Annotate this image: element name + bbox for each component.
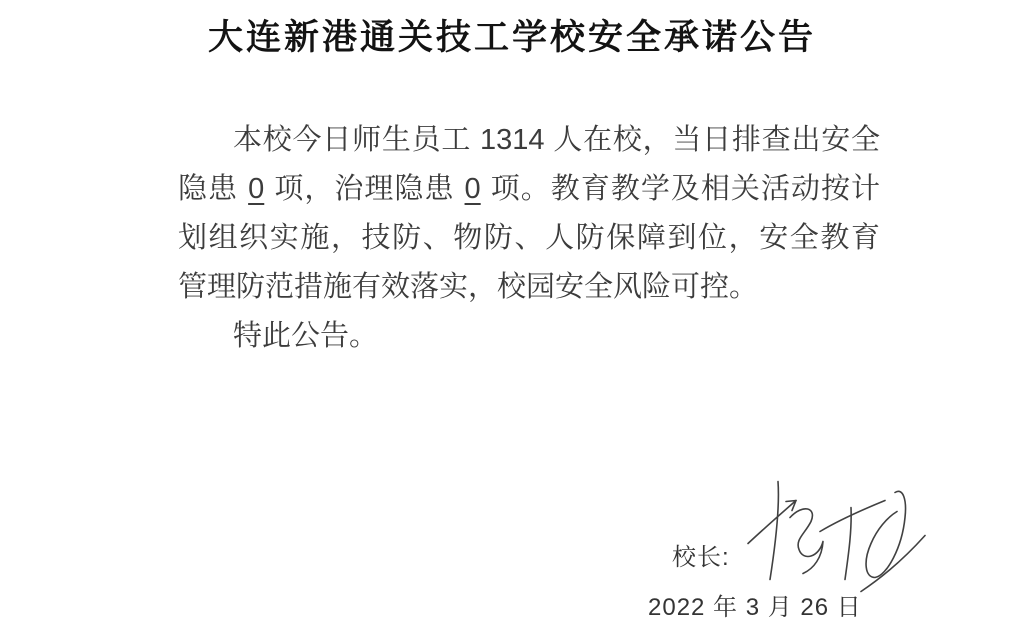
body-line-2-seg2: 项，治理隐患 [265,173,463,205]
page-title: 大连新港通关技工学校安全承诺公告 [0,10,1024,60]
body-line-2-seg1: 隐患 [178,173,247,205]
date-line: 2022 年 3 月 26 日 [648,587,862,622]
hazards-resolved-count: 0 [464,173,482,205]
announcement-body: 本校今日师生员工 1314 人在校，当日排查出安全 隐患 0 项，治理隐患 0 … [178,116,880,361]
hazards-found-count: 0 [247,173,265,205]
body-line-1: 本校今日师生员工 1314 人在校，当日排查出安全 [178,116,880,165]
body-line-3: 划组织实施，技防、物防、人防保障到位，安全教育 [178,214,880,263]
principal-label: 校长: [672,537,730,572]
announcement-document: 大连新港通关技工学校安全承诺公告 本校今日师生员工 1314 人在校，当日排查出… [0,0,1024,642]
body-line-2-seg3: 项。教育教学及相关活动按计 [482,173,880,205]
body-line-2: 隐患 0 项，治理隐患 0 项。教育教学及相关活动按计 [178,165,880,214]
body-line-4: 管理防范措施有效落实，校园安全风险可控。 [178,263,880,312]
principal-signature [735,466,935,604]
closing-line: 特此公告。 [178,312,880,361]
